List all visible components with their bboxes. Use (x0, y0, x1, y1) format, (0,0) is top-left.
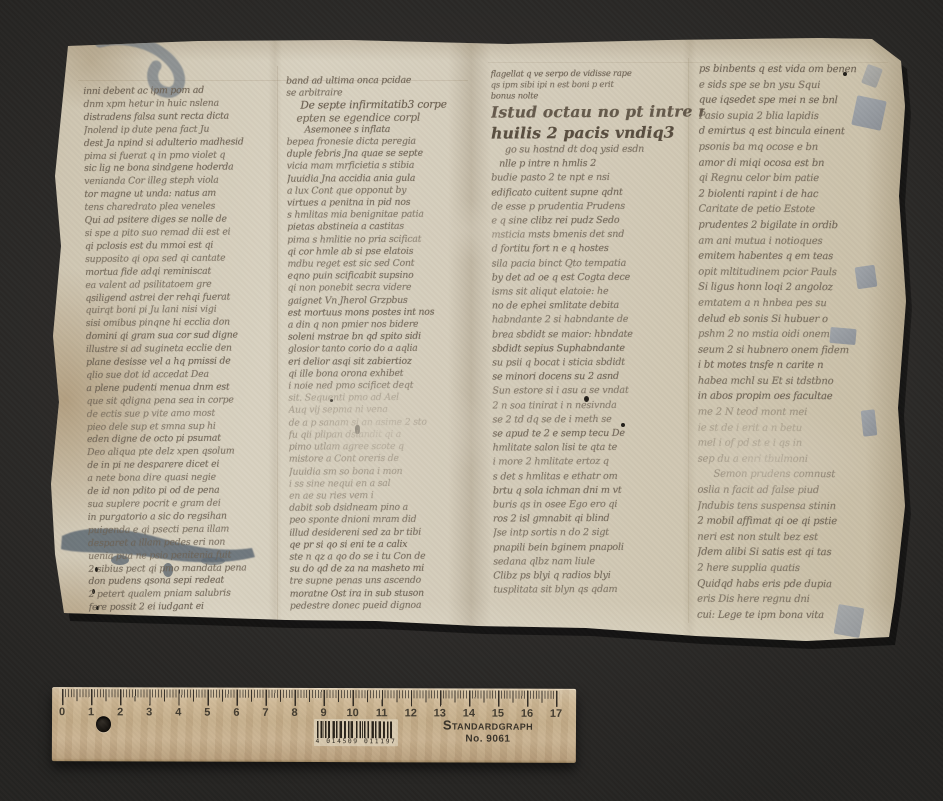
script-line: in abos propim oes facultae (698, 389, 906, 405)
script-line: tusplitata sit blyn qs qdam (493, 583, 707, 598)
script-line: me 2 N teod mont mei (698, 405, 906, 421)
script-line: Semon prudens comnust (698, 467, 906, 483)
script-line: se 2 td dq se de i meth se (492, 412, 706, 427)
script-line: pnapili bein bginem pnapoli (493, 540, 707, 555)
ruler-number: 11 (373, 707, 391, 719)
script-line: go su hostnd dt doq ysid esdn (491, 142, 705, 157)
ruler-brand: Standardgraph (424, 717, 552, 732)
ruler-ticks-mm (62, 689, 559, 699)
script-line: brea sbdidt se maior: hbndate (492, 327, 706, 342)
manuscript-column: flagellat q ve serpo de vidisse rapeqs i… (491, 67, 708, 598)
script-line: Jdem alibi Si satis est qi tas (697, 545, 905, 561)
script-line: emtatem a n hnbea pes su (698, 296, 906, 312)
script-line: oslia n facit ad false piud (697, 483, 905, 499)
manuscript-column: inni debent ac ipm pom addnm xpm hetur i… (83, 84, 289, 615)
script-line: emitem habentes q em teas (698, 249, 906, 265)
script-line: 2 mobil affimat qi oe qi pstie (697, 514, 905, 530)
script-line: Clibz ps blyi q radios blyi (493, 569, 707, 584)
script-line: Jse intp sortis n do 2 sigt (493, 526, 707, 541)
script-line: cui: Lege te ipm bona vita (697, 607, 905, 623)
script-line: by det ad oe q est Cogta dece (492, 270, 706, 285)
ruler-ticks-cm (62, 689, 559, 707)
script-line: fere possit 2 ei iudgant ei (89, 600, 289, 615)
script-line: habea mchl su Et si tdstbno (698, 374, 906, 390)
script-line: sep du a enri tbulmoni (698, 451, 906, 467)
script-line: Jndubis tens suspensa stinin (697, 498, 905, 514)
script-line: qi Regnu celor bim patie (699, 171, 907, 187)
script-line: de esse p prudentia Prudens (491, 199, 705, 214)
script-line: sila pacia binct Qto tempatia (492, 256, 706, 271)
script-line: 2 n soa tinirat i n nesivnda (492, 398, 706, 413)
script-line: eris Dis here regnu dni (697, 592, 905, 608)
script-line: nlle p intre n hmlis 2 (491, 157, 705, 172)
manuscript-column: band ad ultima onca pcidaese arbitraireD… (286, 74, 482, 612)
script-line: am ani mutua i notioques (698, 233, 906, 249)
script-line: Si ligus honn loqi 2 angoloz (698, 280, 906, 296)
script-line: edificato cuitent supne qdnt (491, 185, 705, 200)
ruler: 01234567891011121314151617 4 014509 0111… (52, 687, 576, 763)
script-line: i bt motes tnsfe n carite n (698, 358, 906, 374)
script-line: Pasio supia 2 blia lapidis (699, 108, 907, 124)
ruler-numbers: 01234567891011121314151617 (52, 687, 576, 689)
ruler-number: 6 (227, 707, 245, 719)
ruler-number: 3 (140, 706, 158, 718)
script-line: ps binbents q est vida om benen (699, 62, 907, 78)
script-line: ie st de i erit a n betu (698, 420, 906, 436)
script-line: hmlitate salon lisi te qta te (493, 441, 707, 456)
script-line: habndante 2 si habndante de (492, 313, 706, 328)
script-line: 2 biolenti rapint i de hac (698, 186, 906, 202)
script-line: opit mltitudinem pcior Pauls (698, 264, 906, 280)
script-line: ros 2 isl gmnabit qi blind (493, 512, 707, 527)
script-line: neri est non stult bez est (697, 529, 905, 545)
script-line: delud eb sonis Si hubuer o (698, 311, 906, 327)
ruler-number: 4 (169, 706, 187, 718)
script-line: buris qs in osee Ego ero qi (493, 498, 707, 513)
script-line: se minori docens su 2 asnd (492, 370, 706, 385)
script-line: e sids spe se bn ysu Squi (699, 77, 907, 93)
script-line: isms sit aliqut elatoie: he (492, 284, 706, 299)
script-line: no de ephei smlitate debita (492, 299, 706, 314)
ruler-number: 5 (198, 707, 216, 719)
ruler-number: 2 (111, 706, 129, 718)
ruler-number: 1 (82, 706, 100, 718)
script-line: mel i of pd st e i qs in (698, 436, 906, 452)
photo-backdrop: inni debent ac ipm pom addnm xpm hetur i… (0, 0, 943, 801)
script-line: d emirtus q est bincula einent (699, 124, 907, 140)
script-line: pshm 2 no mstia oidi onem (698, 327, 906, 343)
script-line: sbdidt sepius Suphabndante (492, 341, 706, 356)
script-line: msticia msts bmenis det snd (491, 228, 705, 243)
ruler-number: 0 (53, 706, 71, 718)
script-line: Caritate de petio Estote (698, 202, 906, 218)
ruler-hole (96, 716, 111, 732)
ruler-number: 9 (315, 707, 333, 719)
script-line: i more 2 hmlitate ertoz q (493, 455, 707, 470)
script-line: seum 2 si hubnero onem fidem (698, 342, 906, 358)
barcode: 4 014509 011197 (314, 719, 398, 746)
ruler-ticks-halfcm (62, 689, 559, 703)
script-line: se apud te 2 e semp tecu De (492, 427, 706, 442)
ruler-model: No. 9061 (424, 733, 552, 744)
script-line: budie pasto 2 te npt e nsi (491, 171, 705, 186)
manuscript-column: ps binbents q est vida om benene sids sp… (697, 62, 907, 624)
ruler-number: 10 (344, 707, 362, 719)
script-line: prudentes 2 bigilate in ordib (698, 218, 906, 234)
script-line: pedestre donec pueid dignoa (290, 599, 482, 613)
ruler-number: 7 (256, 707, 274, 719)
script-line: que iqsedet spe mei n se bnl (699, 93, 907, 109)
script-line: Istud octau no pt intre n (491, 100, 705, 122)
barcode-bars (317, 721, 395, 738)
script-line: su psii q bocat i sticia sbdidt (492, 355, 706, 370)
script-line: huilis 2 pacis vndiq3 (491, 121, 705, 143)
barcode-digits: 4 014509 011197 (314, 738, 398, 745)
script-line: Sun estore si i asu a se vndat (492, 384, 706, 399)
script-line: 2 here supplia quatis (697, 561, 905, 577)
script-line: s det s hmlitas e ethatr om (493, 469, 707, 484)
script-line: d fortitu fort n e q hostes (492, 242, 706, 257)
script-line: amor di miqi ocosa est bn (699, 155, 907, 171)
script-line: e q sine clibz rei pudz Sedo (491, 213, 705, 228)
script-line: brtu q sola ichman dni m vt (493, 483, 707, 498)
script-line: Quidqd habs eris pde dupia (697, 576, 905, 592)
script-line: sedana qlbz nam liule (493, 554, 707, 569)
script-line: psonis ba mq ocose e bn (699, 140, 907, 156)
ruler-number: 8 (285, 707, 303, 719)
manuscript-page: inni debent ac ipm pom addnm xpm hetur i… (48, 36, 908, 664)
ruler-number: 12 (402, 707, 420, 719)
